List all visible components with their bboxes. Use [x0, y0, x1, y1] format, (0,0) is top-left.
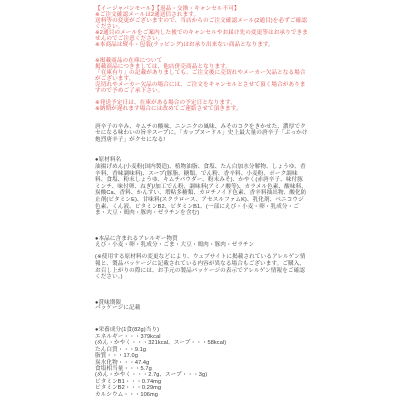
spacer: [95, 113, 308, 124]
nutrition-section: ●栄養成分(1食(82g)当り) エネルギー・・・379kcal (めん・かやく…: [95, 327, 308, 398]
store-notice-line: 送料等の変更がございますので、当店からのご注文確認メール(2通目)を必ずご確認く…: [95, 19, 308, 31]
stock-notice-block: ※掲載商品の在庫について 掲載商品につきましては、他店併売商品となります。 「在…: [95, 59, 308, 95]
store-notice-line: ※2通目のメールをご案内した後でのキャンセルやお届け先の変更等はお承りできません…: [95, 31, 308, 43]
allergen-section: ●本品に含まれるアレルギー物質 えび・小麦・卵・乳成分・ごま・大豆・鶏肉・豚肉・…: [95, 237, 308, 281]
expiry-section: ●賞味期限 パッケージに記載: [95, 301, 308, 313]
spacer: [95, 143, 308, 158]
stock-notice-line: 売切れやメーカー欠品の場合には、ご注文をキャンセルとさせて頂く場合がありますので…: [95, 83, 308, 95]
store-notice-block: 【イージャパンモール】【返品・交換・キャンセル不可】 ※ご注文確認メールは2通送…: [95, 7, 308, 48]
ingredients-section: ●原材料名 油揚げめん(小麦粉(国内製造)、植物油脂、食塩、たん白加水分解物、し…: [95, 158, 308, 216]
shipping-notice-block: ※発送予定日は、在庫がある場合の予定日となります。 ※納期が遅れます場合には改め…: [95, 101, 308, 113]
product-description-column: 【イージャパンモール】【返品・交換・キャンセル不可】 ※ご注文確認メールは2通送…: [95, 7, 308, 398]
allergen-note: (※使用する原材料の変更などにより、ウェブサイトに掲載されているアレルゲン情報と…: [95, 254, 308, 280]
spacer: [95, 281, 308, 301]
spacer: [95, 312, 308, 327]
product-description-page: 【イージャパンモール】【返品・交換・キャンセル不可】 ※ご注文確認メールは2通送…: [0, 0, 400, 400]
spacer: [95, 217, 308, 237]
nutrition-row: カルシウム・・・106mg: [95, 392, 308, 398]
ingredients-body: 油揚げめん(小麦粉(国内製造)、植物油脂、食塩、たん白加水分解物、しょうゆ、香辛…: [95, 164, 308, 216]
product-description-text: 唐辛子の辛み、キムチの酸味、ニンニクの風味、みそのコクをきかせた、濃厚でクセにな…: [95, 124, 308, 144]
